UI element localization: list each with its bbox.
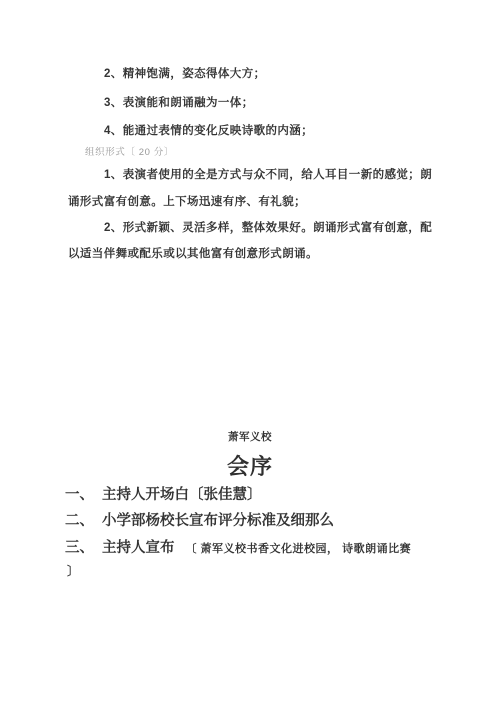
program-item-number: 二、	[65, 514, 102, 529]
program-item-note: 〔 萧军义校书香文化进校园， 诗歌朗诵比赛	[186, 543, 412, 555]
criteria-line: 3、表演能和朗诵融为一体；	[104, 98, 254, 110]
criteria-line: 2、精神饱满，姿态得体大方；	[104, 69, 266, 81]
criteria-line: 2、形式新颖、灵活多样，整体效果好。朗诵形式富有创意，配	[104, 223, 432, 235]
school-name: 萧军义校	[0, 432, 500, 443]
program-title: 会序	[0, 455, 500, 479]
criteria-line: 诵形式富有创意。上下场迅速有序、有礼貌；	[68, 197, 306, 209]
program-item-text: 主持人宣布	[102, 540, 175, 556]
program-item-text: 主持人开场白〔张佳慧〕	[102, 487, 262, 503]
criteria-line: 以适当伴舞或配乐或以其他富有创意形式朗诵。	[68, 249, 318, 261]
program-item: 一、主持人开场白〔张佳慧〕	[65, 488, 262, 503]
program-item: 三、主持人宣布〔 萧军义校书香文化进校园， 诗歌朗诵比赛	[65, 541, 411, 556]
program-item-note: 〕	[67, 564, 80, 578]
program-item: 二、小学部杨校长宣布评分标准及细那么	[65, 514, 334, 529]
program-item-number: 一、	[65, 488, 102, 503]
criteria-line: 4、能通过表情的变化反映诗歌的内涵；	[104, 126, 313, 138]
criteria-line: 1、表演者使用的全是方式与众不同，给人耳目一新的感觉；朗	[104, 170, 432, 182]
program-item-number: 三、	[65, 541, 102, 556]
program-item: 〕	[65, 564, 80, 579]
score-section-label: 组织形式〔 20 分〕	[85, 148, 174, 158]
document-page: 2、精神饱满，姿态得体大方；3、表演能和朗诵融为一体；4、能通过表情的变化反映诗…	[0, 0, 500, 708]
program-item-text: 小学部杨校长宣布评分标准及细那么	[102, 513, 334, 529]
